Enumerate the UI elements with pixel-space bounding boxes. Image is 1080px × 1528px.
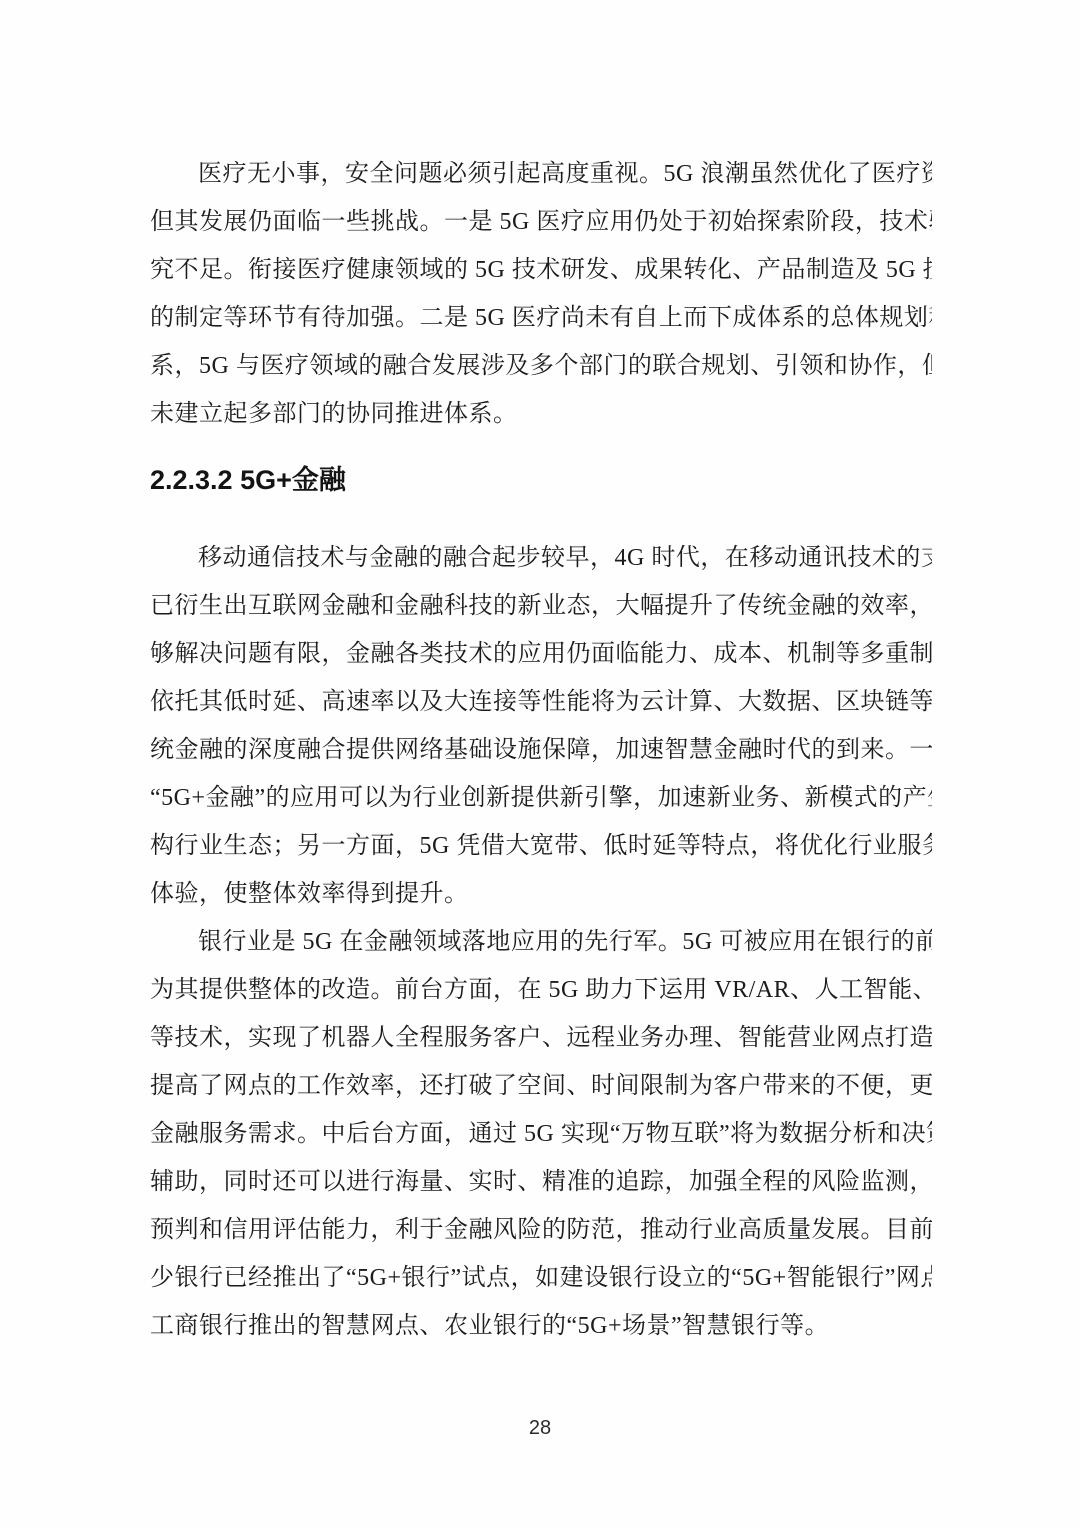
paragraph-5g-finance-overview: 移动通信技术与金融的融合起步较早，4G 时代，在移动通讯技术的支持下，已衍生出互… (150, 534, 932, 918)
document-body: 医疗无小事，安全问题必须引起高度重视。5G 浪潮虽然优化了医疗资源配置，但其发展… (150, 150, 932, 1350)
section-heading: 2.2.3.2 5G+金融 (150, 456, 932, 504)
text-line: 提高了网点的工作效率，还打破了空间、时间限制为客户带来的不便，更好的满足 (150, 1062, 932, 1110)
text-line: 银行业是 5G 在金融领域落地应用的先行军。5G 可被应用在银行的前中后台， (150, 918, 932, 966)
text-line: 已衍生出互联网金融和金融科技的新业态，大幅提升了传统金融的效率，但 4G 能 (150, 582, 932, 630)
text-line: 系，5G 与医疗领域的融合发展涉及多个部门的联合规划、引领和协作，但目前尚 (150, 342, 932, 390)
text-line: 够解决问题有限，金融各类技术的应用仍面临能力、成本、机制等多重制约。5G (150, 630, 932, 678)
text-line: “5G+金融”的应用可以为行业创新提供新引擎，加速新业务、新模式的产生，重 (150, 774, 932, 822)
text-line: 构行业生态；另一方面，5G 凭借大宽带、低时延等特点，将优化行业服务、客户 (150, 822, 932, 870)
text-line: 究不足。衔接医疗健康领域的 5G 技术研发、成果转化、产品制造及 5G 技术标准 (150, 246, 932, 294)
text-line: 辅助，同时还可以进行海量、实时、精准的追踪，加强全程的风险监测，提高风险 (150, 1158, 932, 1206)
text-line: 的制定等环节有待加强。二是 5G 医疗尚未有自上而下成体系的总体规划和推进体 (150, 294, 932, 342)
text-line: 工商银行推出的智慧网点、农业银行的“5G+场景”智慧银行等。 (150, 1302, 932, 1350)
text-line: 未建立起多部门的协同推进体系。 (150, 390, 932, 438)
text-line: 统金融的深度融合提供网络基础设施保障，加速智慧金融时代的到来。一方面， (150, 726, 932, 774)
document-page: 医疗无小事，安全问题必须引起高度重视。5G 浪潮虽然优化了医疗资源配置，但其发展… (0, 0, 1080, 1528)
page-number: 28 (0, 1417, 1080, 1440)
text-line: 移动通信技术与金融的融合起步较早，4G 时代，在移动通讯技术的支持下， (150, 534, 932, 582)
text-line: 预判和信用评估能力，利于金融风险的防范，推动行业高质量发展。目前，国内不 (150, 1206, 932, 1254)
paragraph-5g-medical-challenges: 医疗无小事，安全问题必须引起高度重视。5G 浪潮虽然优化了医疗资源配置，但其发展… (150, 150, 932, 438)
text-line: 为其提供整体的改造。前台方面，在 5G 助力下运用 VR/AR、人工智能、大数据 (150, 966, 932, 1014)
text-line: 但其发展仍面临一些挑战。一是 5G 医疗应用仍处于初始探索阶段，技术验证、研 (150, 198, 932, 246)
text-line: 医疗无小事，安全问题必须引起高度重视。5G 浪潮虽然优化了医疗资源配置， (150, 150, 932, 198)
paragraph-5g-banking: 银行业是 5G 在金融领域落地应用的先行军。5G 可被应用在银行的前中后台，为其… (150, 918, 932, 1350)
text-line: 金融服务需求。中后台方面，通过 5G 实现“万物互联”将为数据分析和决策提供 (150, 1110, 932, 1158)
text-line: 体验，使整体效率得到提升。 (150, 870, 932, 918)
text-line: 依托其低时延、高速率以及大连接等性能将为云计算、大数据、区块链等技术与传 (150, 678, 932, 726)
text-line: 少银行已经推出了“5G+银行”试点，如建设银行设立的“5G+智能银行”网点、 (150, 1254, 932, 1302)
text-line: 等技术，实现了机器人全程服务客户、远程业务办理、智能营业网点打造等，不仅 (150, 1014, 932, 1062)
